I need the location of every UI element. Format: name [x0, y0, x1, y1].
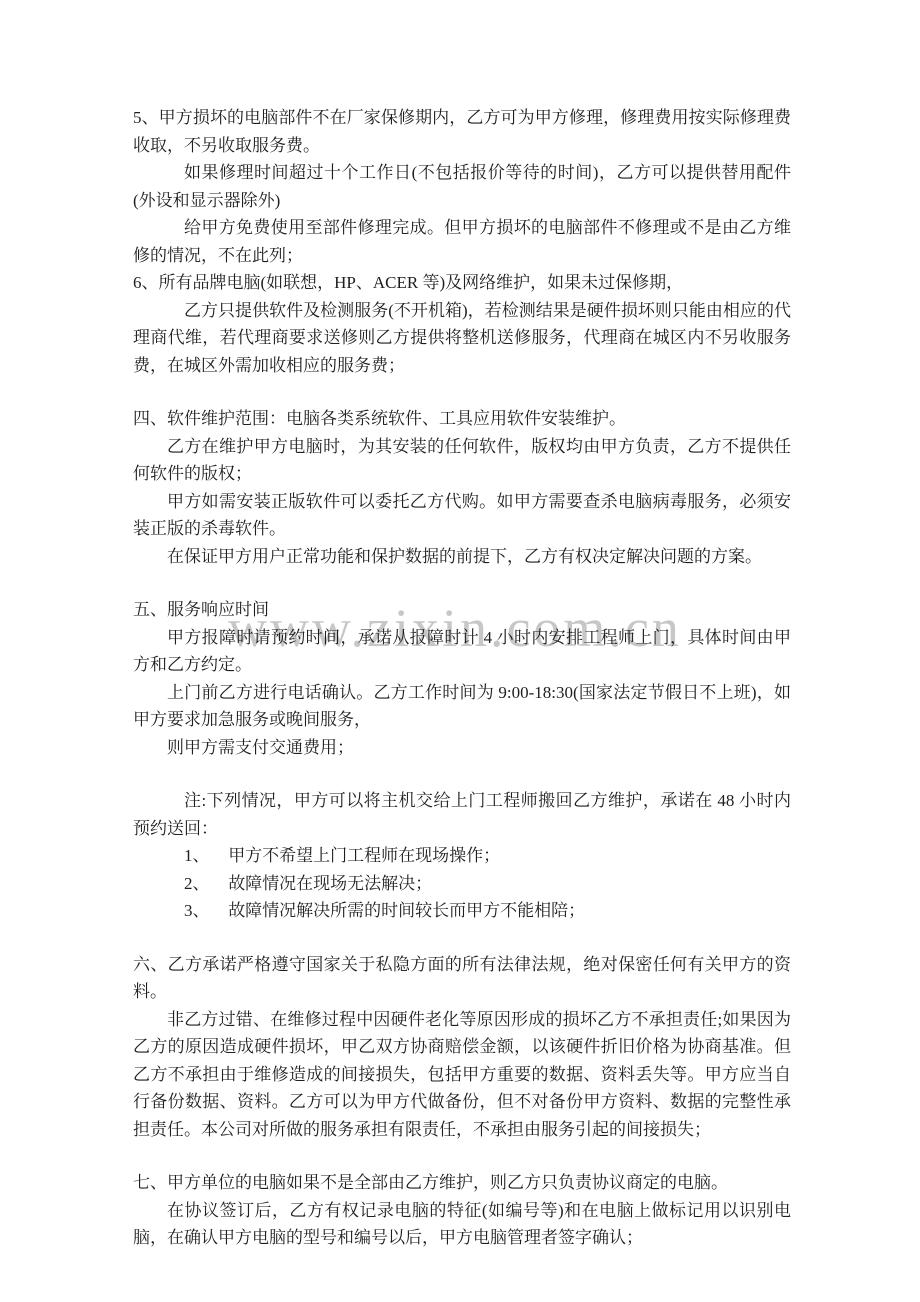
paragraph: 非乙方过错、在维修过程中因硬件老化等原因形成的损坏乙方不承担责任;如果因为乙方的…: [133, 1006, 791, 1144]
list-item: 1、甲方不希望上门工程师在现场操作；: [133, 842, 791, 870]
paragraph: 七、甲方单位的电脑如果不是全部由乙方维护，则乙方只负责协议商定的电脑。: [133, 1169, 791, 1197]
paragraph: 6、所有品牌电脑(如联想，HP、ACER 等)及网络维护，如果未过保修期，: [133, 269, 791, 297]
paragraph: 给甲方免费使用至部件修理完成。但甲方损坏的电脑部件不修理或不是由乙方维修的情况，…: [133, 214, 791, 269]
paragraph: 乙方只提供软件及检测服务(不开机箱)，若检测结果是硬件损坏则只能由相应的代理商代…: [133, 297, 791, 380]
list-item: 3、故障情况解决所需的时间较长而甲方不能相陪；: [133, 897, 791, 925]
paragraph-gap: [133, 570, 791, 596]
paragraph: 则甲方需支付交通费用；: [133, 734, 791, 762]
paragraph: 五、服务响应时间: [133, 596, 791, 624]
document-page: www.zixin.com.cn 5、甲方损坏的电脑部件不在厂家保修期内，乙方可…: [0, 0, 920, 1302]
list-item-text: 故障情况解决所需的时间较长而甲方不能相陪；: [228, 901, 585, 920]
list-number: 3、: [184, 897, 228, 925]
paragraph: 甲方如需安装正版软件可以委托乙方代购。如甲方需要查杀电脑病毒服务，必须安装正版的…: [133, 488, 791, 543]
paragraph: 注:下列情况，甲方可以将主机交给上门工程师搬回乙方维护，承诺在 48 小时内预约…: [133, 787, 791, 842]
paragraph-gap: [133, 925, 791, 951]
paragraph-gap: [133, 761, 791, 787]
contract-body: 5、甲方损坏的电脑部件不在厂家保修期内，乙方可为甲方修理，修理费用按实际修理费收…: [133, 104, 791, 1252]
paragraph: 5、甲方损坏的电脑部件不在厂家保修期内，乙方可为甲方修理，修理费用按实际修理费收…: [133, 104, 791, 159]
paragraph-gap: [133, 379, 791, 405]
paragraph: 乙方在维护甲方电脑时，为其安装的任何软件，版权均由甲方负责，乙方不提供任何软件的…: [133, 433, 791, 488]
list-item-text: 甲方不希望上门工程师在现场操作；: [228, 846, 500, 865]
paragraph: 如果修理时间超过十个工作日(不包括报价等待的时间)，乙方可以提供替用配件(外设和…: [133, 159, 791, 214]
paragraph: 甲方报障时请预约时间，承诺从报障时计 4 小时内安排工程师上门，具体时间由甲方和…: [133, 624, 791, 679]
paragraph: 上门前乙方进行电话确认。乙方工作时间为 9:00-18:30(国家法定节假日不上…: [133, 679, 791, 734]
list-item-text: 故障情况在现场无法解决；: [228, 874, 432, 893]
paragraph: 在保证甲方用户正常功能和保护数据的前提下，乙方有权决定解决问题的方案。: [133, 543, 791, 571]
list-number: 1、: [184, 842, 228, 870]
list-number: 2、: [184, 870, 228, 898]
paragraph: 四、软件维护范围：电脑各类系统软件、工具应用软件安装维护。: [133, 405, 791, 433]
paragraph-gap: [133, 1143, 791, 1169]
paragraph: 六、乙方承诺严格遵守国家关于私隐方面的所有法律法规，绝对保密任何有关甲方的资料。: [133, 951, 791, 1006]
paragraph: 在协议签订后，乙方有权记录电脑的特征(如编号等)和在电脑上做标记用以识别电脑，在…: [133, 1197, 791, 1252]
list-item: 2、故障情况在现场无法解决；: [133, 870, 791, 898]
